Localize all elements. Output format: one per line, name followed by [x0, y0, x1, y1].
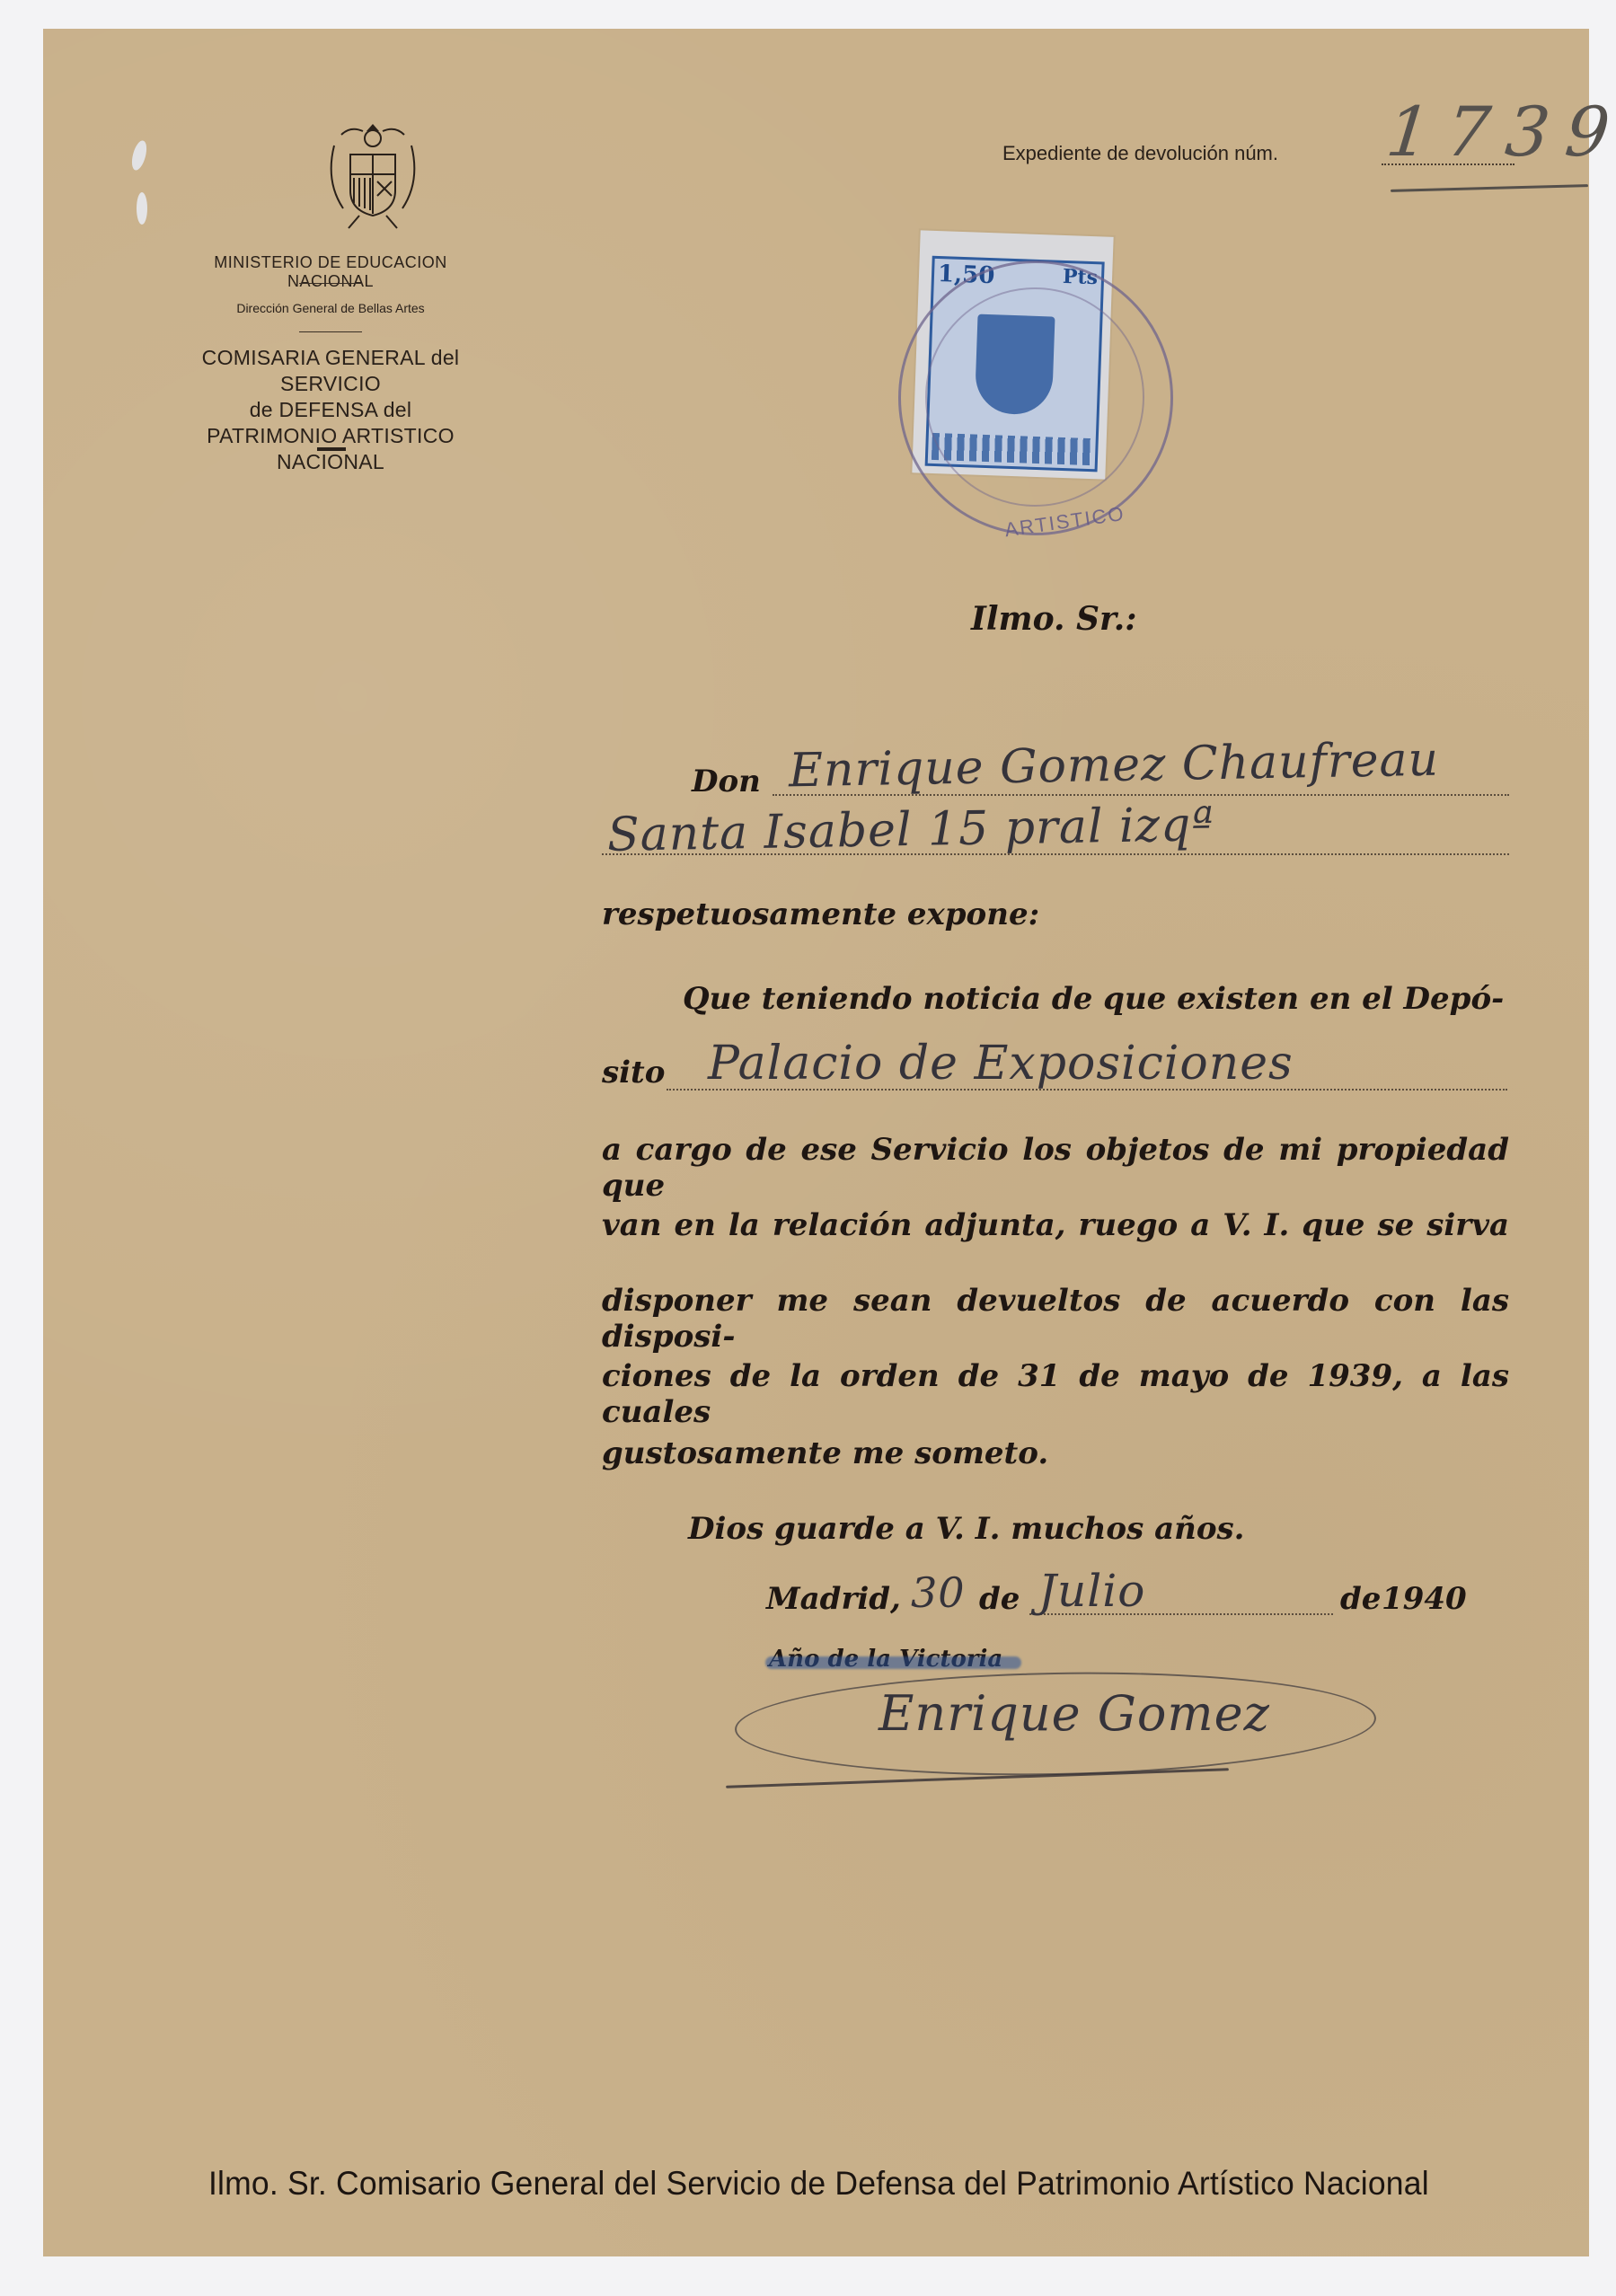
applicant-address: Santa Isabel 15 pral izqª [607, 798, 1215, 862]
document-page: MINISTERIO DE EDUCACION NACIONAL Direcci… [43, 29, 1589, 2256]
date-day: 30 [911, 1568, 966, 1617]
date-month: Julio [1038, 1565, 1145, 1617]
file-number-value: 1739 [1382, 92, 1616, 172]
divider [299, 331, 362, 332]
de-label: de [979, 1581, 1020, 1617]
ministry-heading: MINISTERIO DE EDUCACION NACIONAL [187, 253, 474, 291]
staple-hole [137, 192, 147, 225]
closing-formula: Dios guarde a V. I. muchos años. [688, 1511, 1244, 1547]
paragraph-line: ciones de la orden de 31 de mayo de 1939… [602, 1358, 1509, 1430]
deposit-location: Palacio de Exposiciones [708, 1037, 1294, 1091]
don-label: Don [692, 764, 761, 799]
expone-text: respetuosamente expone: [602, 896, 1039, 932]
file-number-label: Expediente de devolución núm. [1002, 142, 1278, 165]
date-year: 1940 [1382, 1581, 1467, 1617]
sito-label: sito [602, 1055, 665, 1091]
commission-line: COMISARIA GENERAL del SERVICIO [160, 345, 501, 397]
paragraph-line: gustosamente me someto. [602, 1435, 1509, 1471]
commission-heading: COMISARIA GENERAL del SERVICIO de DEFENS… [160, 345, 501, 475]
directorate-heading: Dirección General de Bellas Artes [187, 301, 474, 315]
paragraph-line: van en la relación adjunta, ruego a V. I… [602, 1207, 1509, 1243]
rubber-seal-inner-ring [925, 287, 1144, 507]
place-label: Madrid, [766, 1581, 901, 1617]
fiscal-stamp-area: 1,50 Pts ARTISTICO [879, 225, 1202, 548]
staple-hole [129, 139, 149, 172]
divider [299, 283, 362, 284]
paragraph-line: disponer me sean devueltos de acuerdo co… [602, 1283, 1509, 1355]
applicant-name: Enrique Gomez Chaufreau [789, 733, 1440, 799]
signature: Enrique Gomez [879, 1685, 1270, 1742]
de-label: de [1340, 1581, 1381, 1617]
commission-line: de DEFENSA del [160, 397, 501, 423]
salutation: Ilmo. Sr.: [971, 600, 1137, 638]
paragraph-line: Que teniendo noticia de que existen en e… [683, 981, 1504, 1017]
paragraph-line: a cargo de ese Servicio los objetos de m… [602, 1132, 1509, 1204]
divider [317, 447, 346, 451]
pencil-underline [1391, 184, 1588, 192]
spanish-coat-of-arms-icon [323, 119, 422, 234]
ink-strikethrough [765, 1656, 1021, 1669]
addressee-footer: Ilmo. Sr. Comisario General del Servicio… [208, 2165, 1429, 2203]
